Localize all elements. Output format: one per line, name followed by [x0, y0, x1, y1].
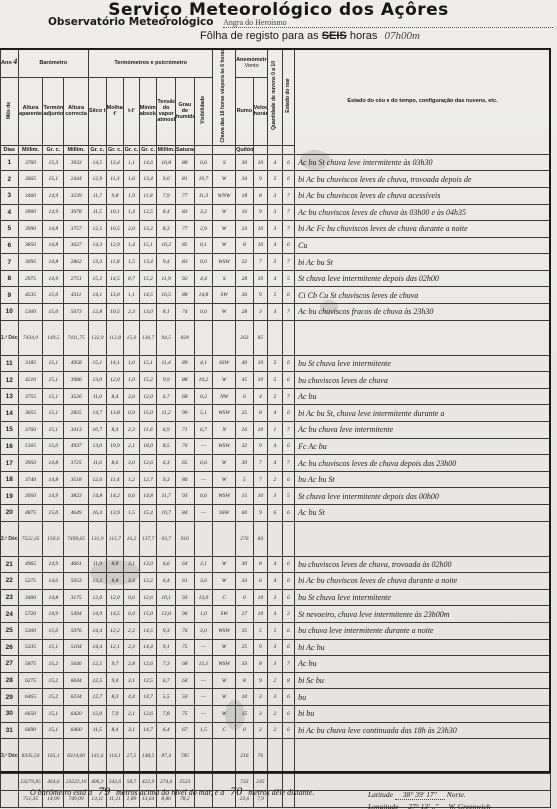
latitude-line: Latitude 38° 39′ 17″ Norte.	[368, 789, 490, 801]
barometer-note-text-2: metros acima do nível do mar, e a	[116, 788, 224, 797]
barometer-note-text: O barómetro está a	[30, 788, 92, 797]
longitude-value: 27° 13′ ..″	[400, 802, 446, 809]
observatory-label: Observatório Meteorológico	[48, 16, 213, 28]
summary-label	[1, 774, 19, 791]
sheet-label-suffix: horas	[350, 30, 378, 42]
barometer-note-text-3: metros dêle distante.	[248, 788, 314, 797]
barometer-height: 79	[98, 784, 110, 798]
sheet-label-prefix: Fôlha de registo para as	[200, 30, 319, 42]
table-frame	[0, 48, 551, 773]
barometer-note: O barómetro está a 79 metros acima do ní…	[30, 784, 314, 799]
barometer-distance: 70	[230, 784, 242, 798]
summary-label	[1, 791, 19, 808]
observatory-place: Angra do Heroísmo	[223, 18, 553, 28]
latitude-value: 38° 39′ 17″	[395, 790, 445, 800]
observatory-line: Observatório Meteorológico Angra do Hero…	[48, 16, 553, 28]
coordinates: Latitude 38° 39′ 17″ Norte. Longitude 27…	[368, 789, 490, 809]
sheet-hour-struck: SEIS	[322, 30, 347, 42]
sheet-hour-handwritten: 07h00m	[384, 30, 419, 42]
longitude-line: Longitude 27° 13′ ..″ W. Greenwich	[368, 801, 490, 809]
sheet-label: Fôlha de registo para as SEIS horas 07h0…	[200, 30, 420, 42]
